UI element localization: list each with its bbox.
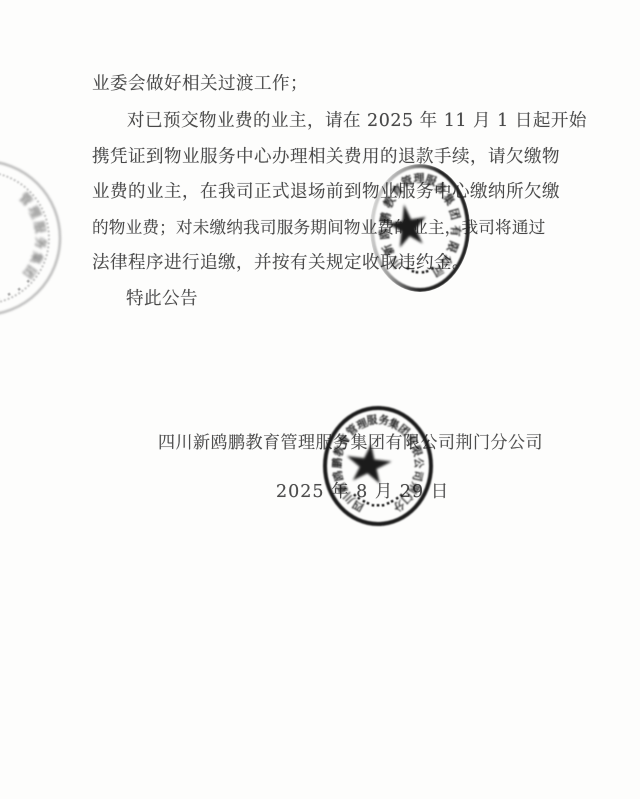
body-line-2: 对已预交物业费的业主，请在 2025 年 11 月 1 日起开始 bbox=[127, 107, 587, 132]
body-line-5: 的物业费；对未缴纳我司服务期间物业费的业主，我司将通过 bbox=[92, 214, 545, 238]
body-line-7: 特此公告 bbox=[126, 285, 198, 310]
seal-serial-dots: ▪ bbox=[410, 267, 415, 274]
seal-serial-dots: ▪ bbox=[381, 501, 385, 507]
seal-serial-dots: ▪ bbox=[376, 502, 379, 508]
seal-left-partial: 管理服务集团▪▪▪▪ bbox=[0, 160, 61, 316]
seal-arc-char: 理 bbox=[413, 170, 425, 186]
seal-bottom: 四川新鸥鹏教育管理服务集团有限公司荆门分▪▪▪▪▪▪▪▪▪▪▪ bbox=[323, 406, 433, 526]
seal-arc-char: 鹏 bbox=[329, 458, 345, 469]
seal-arc-char: 鸥 bbox=[376, 228, 393, 241]
body-line-4: 业费的业主，在我司正式退场前到物业服务中心缴纳所欠缴 bbox=[92, 178, 560, 203]
seal-main: 川新鸥鹏教育管理服务集团有限公司▪▪▪▪▪▪ bbox=[370, 164, 470, 292]
body-line-3: 携凭证到物业服务中心办理相关费用的退款手续，请欠缴物 bbox=[92, 143, 560, 168]
star-icon bbox=[343, 441, 395, 488]
seal-serial-dots: ▪ bbox=[421, 269, 425, 275]
body-line-1: 业委会做好相关过渡工作； bbox=[92, 70, 308, 95]
scanned-notice-page: 业委会做好相关过渡工作； 对已预交物业费的业主，请在 2025 年 11 月 1… bbox=[0, 0, 640, 799]
seal-arc-char: 公 bbox=[411, 458, 427, 469]
seal-arc-char: 务 bbox=[32, 236, 50, 249]
seal-arc-char: 有 bbox=[448, 225, 465, 237]
